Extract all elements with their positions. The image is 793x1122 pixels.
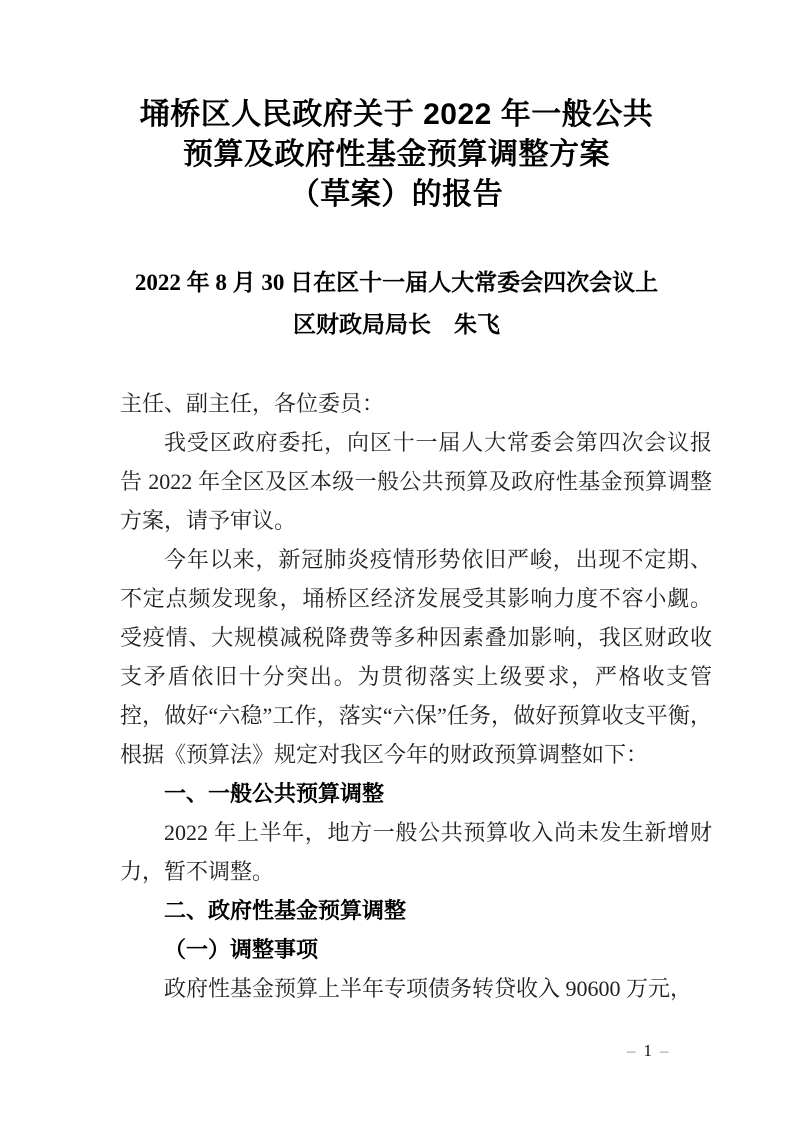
section-2-body: 政府性基金预算上半年专项债务转贷收入 90600 万元， (120, 969, 712, 1008)
page-number-dash-right: – (655, 1041, 674, 1060)
title-line-1: 埇桥区人民政府关于 2022 年一般公共 (0, 95, 793, 135)
document-body: 主任、副主任，各位委员： 我受区政府委托，向区十一届人大常委会第四次会议报告 2… (120, 384, 712, 1008)
section-2-item-heading: （一）调整事项 (120, 930, 712, 969)
title-line-3: （草案）的报告 (0, 175, 793, 215)
document-page: 埇桥区人民政府关于 2022 年一般公共 预算及政府性基金预算调整方案 （草案）… (0, 0, 793, 1122)
salutation-line: 主任、副主任，各位委员： (120, 384, 712, 423)
paragraph-intro: 我受区政府委托，向区十一届人大常委会第四次会议报告 2022 年全区及区本级一般… (120, 423, 712, 540)
section-2-heading: 二、政府性基金预算调整 (120, 891, 712, 930)
page-number-dash-left: – (622, 1041, 641, 1060)
section-1-body: 2022 年上半年，地方一般公共预算收入尚未发生新增财力，暂不调整。 (120, 813, 712, 891)
meeting-info-line: 2022 年 8 月 30 日在区十一届人大常委会四次会议上 (0, 262, 793, 304)
paragraph-background: 今年以来，新冠肺炎疫情形势依旧严峻，出现不定期、不定点频发现象，埇桥区经济发展受… (120, 540, 712, 774)
speaker-info-line: 区财政局局长 朱飞 (0, 304, 793, 346)
page-number: 1 (641, 1041, 656, 1060)
page-number-footer: –1– (622, 1041, 674, 1061)
title-line-2: 预算及政府性基金预算调整方案 (0, 135, 793, 175)
document-subtitle: 2022 年 8 月 30 日在区十一届人大常委会四次会议上 区财政局局长 朱飞 (0, 262, 793, 346)
section-1-heading: 一、一般公共预算调整 (120, 774, 712, 813)
document-title: 埇桥区人民政府关于 2022 年一般公共 预算及政府性基金预算调整方案 （草案）… (0, 95, 793, 215)
